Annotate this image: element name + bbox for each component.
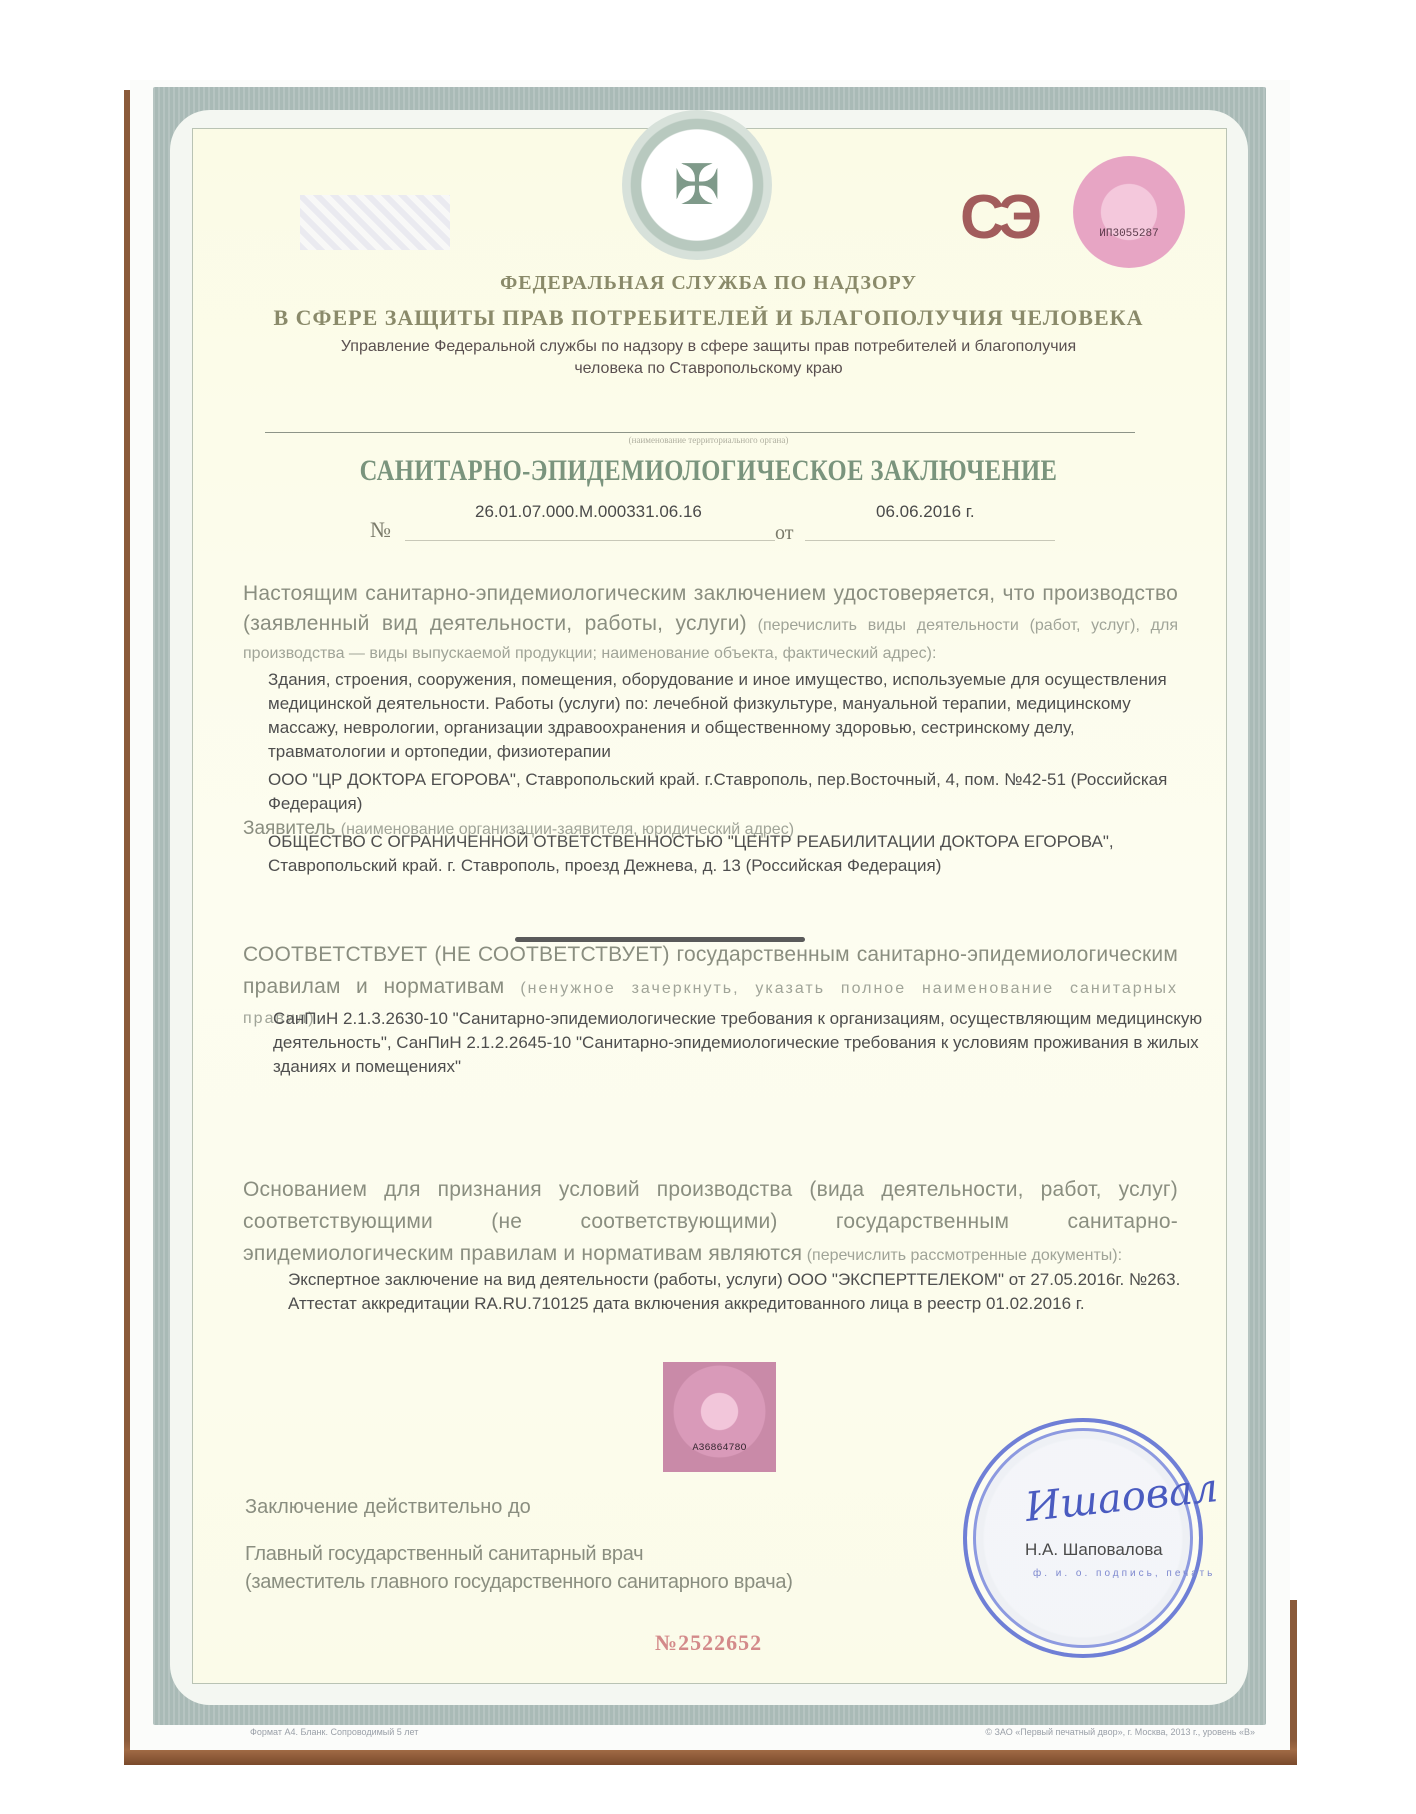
basis-label: Основанием для признания условий произво… <box>243 1175 1178 1271</box>
compliance-value: СанПиН 2.1.3.2630-10 "Санитарно-эпидемио… <box>273 1007 1203 1079</box>
date-underline <box>805 540 1055 541</box>
divider-line <box>265 432 1135 433</box>
print-info-left: Формат А4. Бланк. Сопроводимый 5 лет <box>250 1727 418 1737</box>
hologram-number: А3686478О <box>692 1443 746 1454</box>
document-date: 06.06.2016 г. <box>876 502 975 522</box>
serial-number: №2522652 <box>655 1630 762 1656</box>
hologram-pattern-top <box>300 195 450 250</box>
seal-number: ИП3055287 <box>1099 228 1158 240</box>
hologram-sticker-icon: А3686478О <box>663 1362 776 1472</box>
department-line2: человека по Ставропольскому краю <box>192 358 1225 380</box>
document-title: САНИТАРНО-ЭПИДЕМИОЛОГИЧЕСКОЕ ЗАКЛЮЧЕНИЕ <box>285 454 1132 488</box>
chief-line2: (заместитель главного государственного с… <box>245 1568 793 1596</box>
department-name: Управление Федеральной службы по надзору… <box>192 336 1225 380</box>
agency-name-line2: В СФЕРЕ ЗАЩИТЫ ПРАВ ПОТРЕБИТЕЛЕЙ И БЛАГО… <box>192 305 1225 331</box>
wood-backing-right <box>1289 1600 1297 1750</box>
date-label: от <box>775 522 793 545</box>
signer-caption: ф. и. о. подпись, печать <box>1033 1568 1215 1579</box>
agency-name-line1: ФЕДЕРАЛЬНАЯ СЛУЖБА ПО НАДЗОРУ <box>192 272 1225 295</box>
se-logo: СЭ <box>960 188 1060 248</box>
activity-label: Настоящим санитарно-эпидемиологическим з… <box>243 580 1178 668</box>
basis-label-hint: (перечислить рассмотренные документы): <box>807 1247 1122 1264</box>
activity-value: Здания, строения, сооружения, помещения,… <box>268 668 1188 764</box>
applicant-value: ОБЩЕСТВО С ОГРАНИЧЕННОЙ ОТВЕТСТВЕННОСТЬЮ… <box>268 830 1188 878</box>
activity-address: ООО "ЦР ДОКТОРА ЕГОРОВА", Ставропольский… <box>268 768 1188 816</box>
signer-name: Н.А. Шаповалова <box>1025 1540 1163 1560</box>
chief-doctor-title: Главный государственный санитарный врач … <box>245 1540 793 1596</box>
basis-value: Экспертное заключение на вид деятельност… <box>288 1268 1188 1316</box>
official-stamp-icon <box>963 1418 1203 1658</box>
document-number: 26.01.07.000.М.000331.06.16 <box>475 502 702 522</box>
divider-caption: (наименование территориального органа) <box>192 435 1225 445</box>
number-underline <box>405 540 775 541</box>
valid-until-label: Заключение действительно до <box>245 1496 531 1519</box>
department-line1: Управление Федеральной службы по надзору… <box>192 336 1225 358</box>
number-label: № <box>370 517 391 543</box>
chief-line1: Главный государственный санитарный врач <box>245 1540 793 1568</box>
russian-eagle-emblem-icon: ✠ <box>622 110 772 260</box>
print-info-right: © ЗАО «Первый печатный двор», г. Москва,… <box>870 1727 1255 1737</box>
hologram-seal-icon: ИП3055287 <box>1073 156 1185 268</box>
